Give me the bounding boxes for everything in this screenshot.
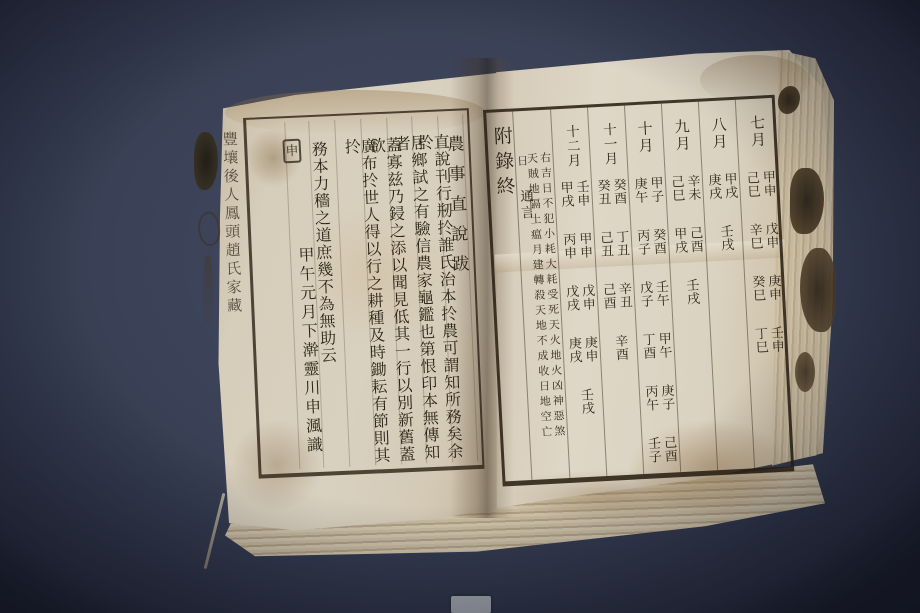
photo-scene: 豐壤後人鳳頭趙氏家藏 申 農事直說跋 直說刊行剏扵誰氏治本扵農可謂知所務矣余扵 … (0, 0, 920, 613)
vignette-overlay (0, 0, 920, 613)
